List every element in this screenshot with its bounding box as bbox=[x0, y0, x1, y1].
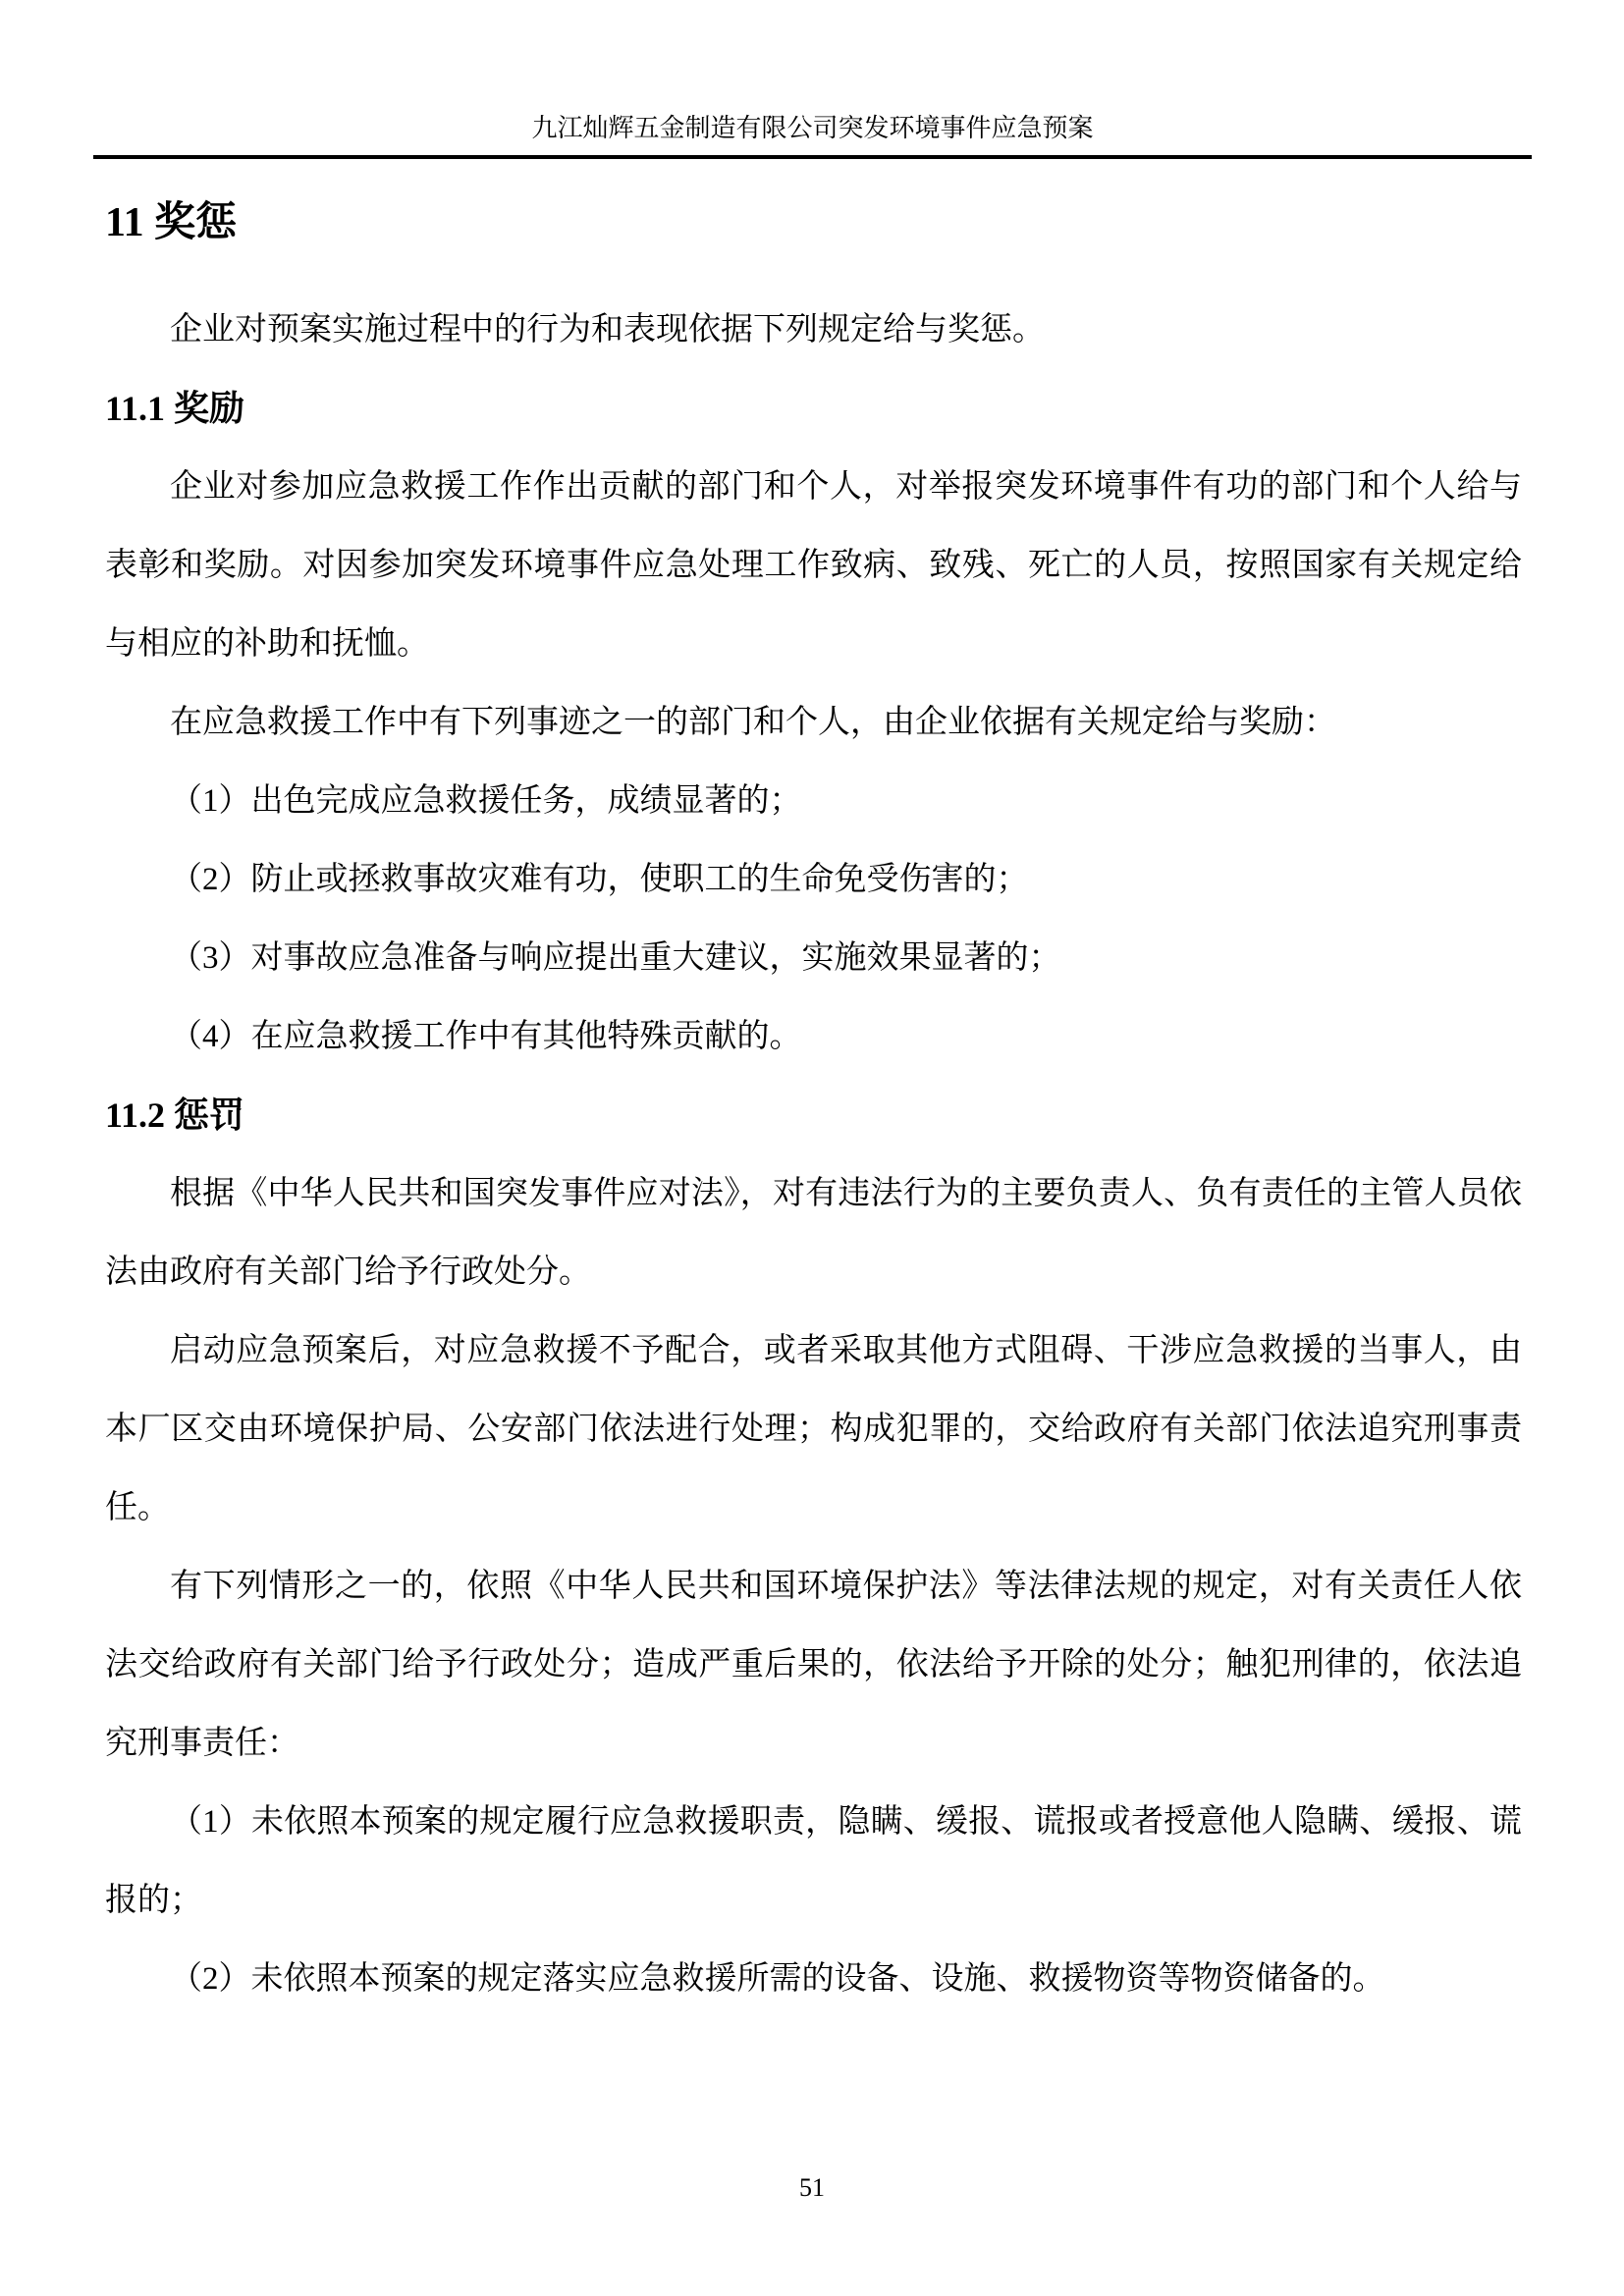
document-page: 九江灿辉五金制造有限公司突发环境事件应急预案 11 奖惩 企业对预案实施过程中的… bbox=[0, 0, 1624, 2296]
paragraph-intro: 企业对预案实施过程中的行为和表现依据下列规定给与奖惩。 bbox=[105, 291, 1522, 369]
paragraph-reward-policy: 企业对参加应急救援工作作出贡献的部门和个人，对举报突发环境事件有功的部门和个人给… bbox=[105, 448, 1522, 683]
paragraph-reward-conditions-lead: 在应急救援工作中有下列事迹之一的部门和个人，由企业依据有关规定给与奖励： bbox=[105, 683, 1522, 762]
reward-item-2: （2）防止或拯救事故灾难有功，使职工的生命免受伤害的； bbox=[105, 840, 1522, 919]
document-body: 11 奖惩 企业对预案实施过程中的行为和表现依据下列规定给与奖惩。 11.1 奖… bbox=[105, 149, 1522, 2018]
page-footer: 51 bbox=[0, 2173, 1624, 2203]
section-heading-11-1: 11.1 奖励 bbox=[105, 369, 1522, 448]
punishment-item-1: （1）未依照本预案的规定履行应急救援职责，隐瞒、缓报、谎报或者授意他人隐瞒、缓报… bbox=[105, 1783, 1522, 1940]
page-header: 九江灿辉五金制造有限公司突发环境事件应急预案 bbox=[93, 0, 1532, 159]
reward-item-1: （1）出色完成应急救援任务，成绩显著的； bbox=[105, 762, 1522, 840]
reward-item-3: （3）对事故应急准备与响应提出重大建议，实施效果显著的； bbox=[105, 919, 1522, 997]
paragraph-punishment-noncooperation: 启动应急预案后，对应急救援不予配合，或者采取其他方式阻碍、干涉应急救援的当事人，… bbox=[105, 1311, 1522, 1547]
section-heading-11-2: 11.2 惩罚 bbox=[105, 1076, 1522, 1154]
paragraph-punishment-conditions-lead: 有下列情形之一的，依照《中华人民共和国环境保护法》等法律法规的规定，对有关责任人… bbox=[105, 1547, 1522, 1783]
section-heading-11: 11 奖惩 bbox=[105, 192, 1522, 253]
punishment-item-2: （2）未依照本预案的规定落实应急救援所需的设备、设施、救援物资等物资储备的。 bbox=[105, 1940, 1522, 2018]
page-number: 51 bbox=[799, 2173, 825, 2202]
reward-item-4: （4）在应急救援工作中有其他特殊贡献的。 bbox=[105, 997, 1522, 1076]
paragraph-punishment-law: 根据《中华人民共和国突发事件应对法》，对有违法行为的主要负责人、负有责任的主管人… bbox=[105, 1154, 1522, 1311]
header-title: 九江灿辉五金制造有限公司突发环境事件应急预案 bbox=[531, 114, 1093, 142]
